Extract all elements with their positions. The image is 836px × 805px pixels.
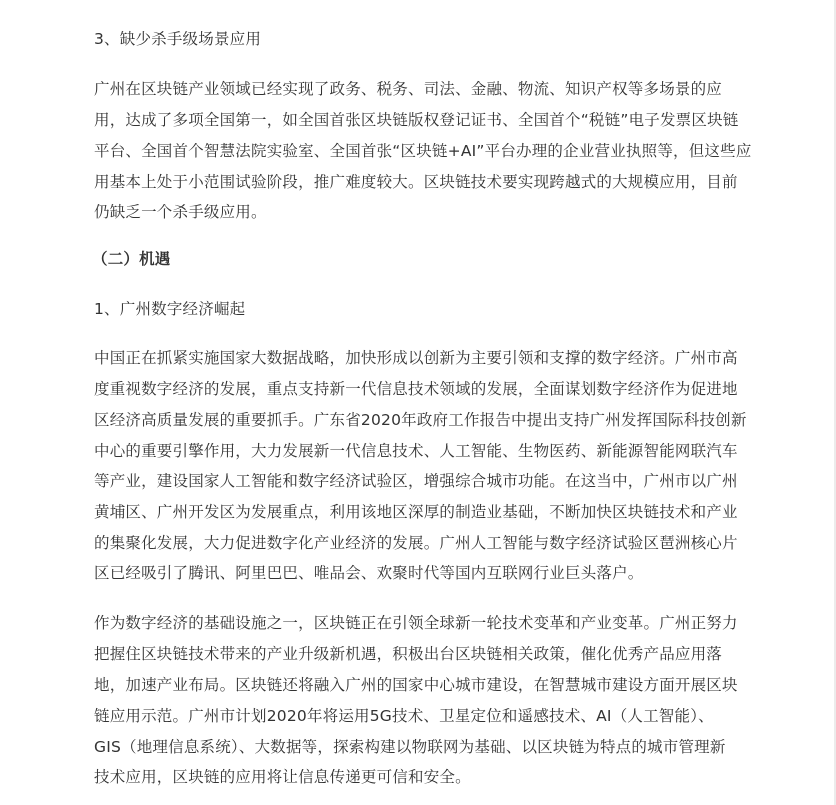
paragraph-line: 用，达成了多项全国第一，如全国首张区块链版权登记证书、全国首个“税链”电子发票区… <box>94 110 738 130</box>
paragraph-line: 中心的重要引擎作用，大力发展新一代信息技术、人工智能、生物医药、新能源智能网联汽… <box>94 441 738 461</box>
paragraph-line: 技术应用，区块链的应用将让信息传递更可信和安全。 <box>94 767 471 787</box>
paragraph-line: 的集聚化发展，大力促进数字化产业经济的发展。广州人工智能与数字经济试验区琶洲核心… <box>94 533 738 553</box>
paragraph-line: 链应用示范。广州市计划2020年将运用5G技术、卫星定位和遥感技术、AI（人工智… <box>94 706 714 726</box>
paragraph-line: 用基本上处于小范围试验阶段，推广难度较大。区块链技术要实现跨越式的大规模应用，目… <box>94 172 738 192</box>
paragraph-line: 黄埔区、广州开发区为发展重点，利用该地区深厚的制造业基础，不断加快区块链技术和产… <box>94 502 738 522</box>
paragraph-line: 等产业，建设国家人工智能和数字经济试验区，增强综合城市功能。在这当中，广州市以广… <box>94 471 738 491</box>
paragraph-line: 作为数字经济的基础设施之一，区块链正在引领全球新一轮技术变革和产业变革。广州正努… <box>94 613 738 633</box>
paragraph-line: 中国正在抓紧实施国家大数据战略，加快形成以创新为主要引领和支撑的数字经济。广州市… <box>94 348 738 368</box>
paragraph-line: 广州在区块链产业领域已经实现了政务、税务、司法、金融、物流、知识产权等多场景的应 <box>94 79 722 99</box>
paragraph-line: 度重视数字经济的发展，重点支持新一代信息技术领域的发展，全面谋划数字经济作为促进… <box>94 379 738 399</box>
paragraph-line: GIS（地理信息系统）、大数据等，探索构建以物联网为基础、以区块链为特点的城市管… <box>94 737 726 757</box>
paragraph-line: 区经济高质量发展的重要抓手。广东省2020年政府工作报告中提出支持广州发挥国际科… <box>94 410 747 430</box>
section-heading-killer-app: 3、缺少杀手级场景应用 <box>94 29 261 49</box>
paragraph-line: 仍缺乏一个杀手级应用。 <box>94 202 267 222</box>
paragraph-line: 平台、全国首个智慧法院实验室、全国首张“区块链+AI”平台办理的企业营业执照等，… <box>94 141 752 161</box>
paragraph-line: 把握住区块链技术带来的产业升级新机遇，积极出台区块链相关政策，催化优秀产品应用落 <box>94 644 722 664</box>
paragraph-line: 地，加速产业布局。区块链还将融入广州的国家中心城市建设，在智慧城市建设方面开展区… <box>94 675 738 695</box>
paragraph-line: 区已经吸引了腾讯、阿里巴巴、唯品会、欢聚时代等国内互联网行业巨头落户。 <box>94 563 644 583</box>
section-heading-opportunities: （二）机遇 <box>92 249 171 269</box>
section-heading-digital-economy: 1、广州数字经济崛起 <box>94 299 245 319</box>
